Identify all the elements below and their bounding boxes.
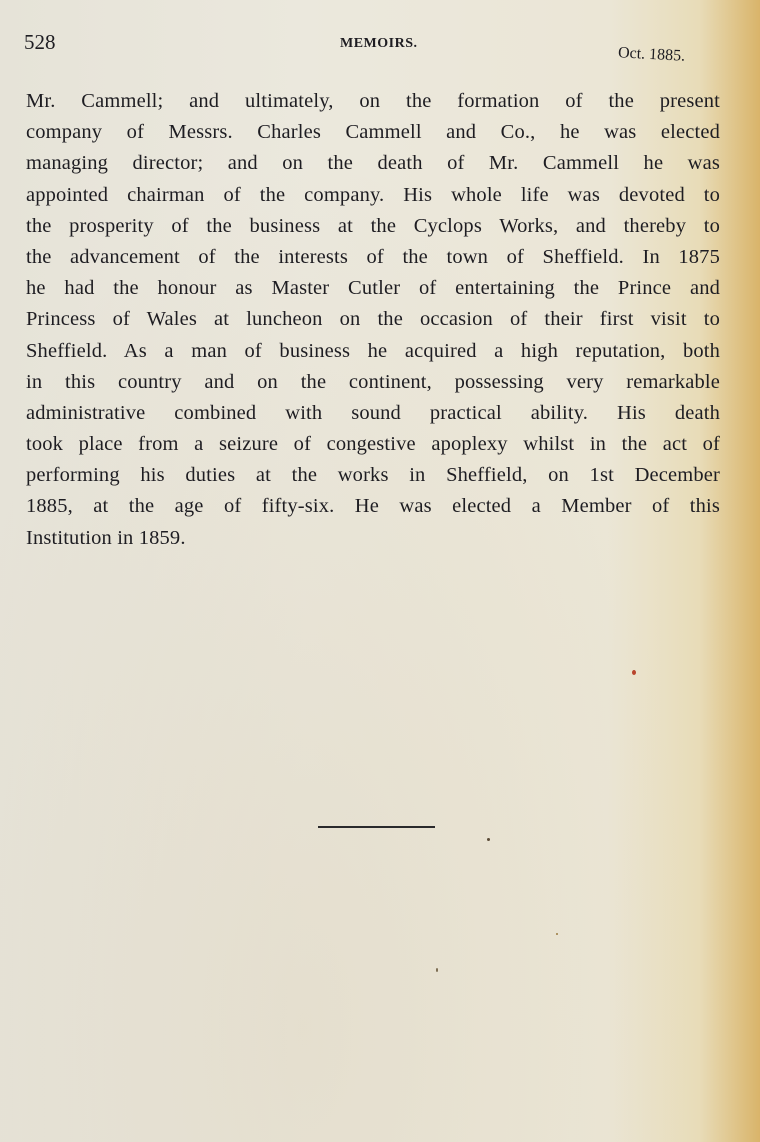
text-line: Mr. Cammell; and ultimately, on the form… — [26, 86, 720, 117]
section-divider-rule — [318, 826, 435, 828]
text-line: took place from a seizure of congestive … — [26, 429, 720, 460]
paper-speck — [436, 968, 438, 972]
text-line: appointed chairman of the company. His w… — [26, 180, 720, 211]
paper-speck — [632, 670, 636, 675]
text-line: Sheffield. As a man of business he acqui… — [26, 336, 720, 367]
text-line: 1885, at the age of fifty-six. He was el… — [26, 491, 720, 522]
page-header: 528 MEMOIRS. Oct. 1885. — [24, 30, 724, 60]
text-line: performing his duties at the works in Sh… — [26, 460, 720, 491]
text-line: he had the honour as Master Cutler of en… — [26, 273, 720, 304]
paper-speck — [556, 933, 558, 935]
running-date: Oct. 1885. — [618, 44, 686, 65]
text-line: managing director; and on the death of M… — [26, 148, 720, 179]
text-line: the advancement of the interests of the … — [26, 242, 720, 273]
memoir-paragraph: Mr. Cammell; and ultimately, on the form… — [26, 86, 720, 554]
paper-speck — [487, 838, 490, 841]
text-line: Institution in 1859. — [26, 523, 720, 554]
text-line: Princess of Wales at luncheon on the occ… — [26, 304, 720, 335]
text-line: company of Messrs. Charles Cammell and C… — [26, 117, 720, 148]
text-line: in this country and on the continent, po… — [26, 367, 720, 398]
page-number: 528 — [24, 30, 56, 55]
running-title: MEMOIRS. — [340, 36, 418, 52]
text-line: the prosperity of the business at the Cy… — [26, 211, 720, 242]
text-line: administrative combined with sound pract… — [26, 398, 720, 429]
